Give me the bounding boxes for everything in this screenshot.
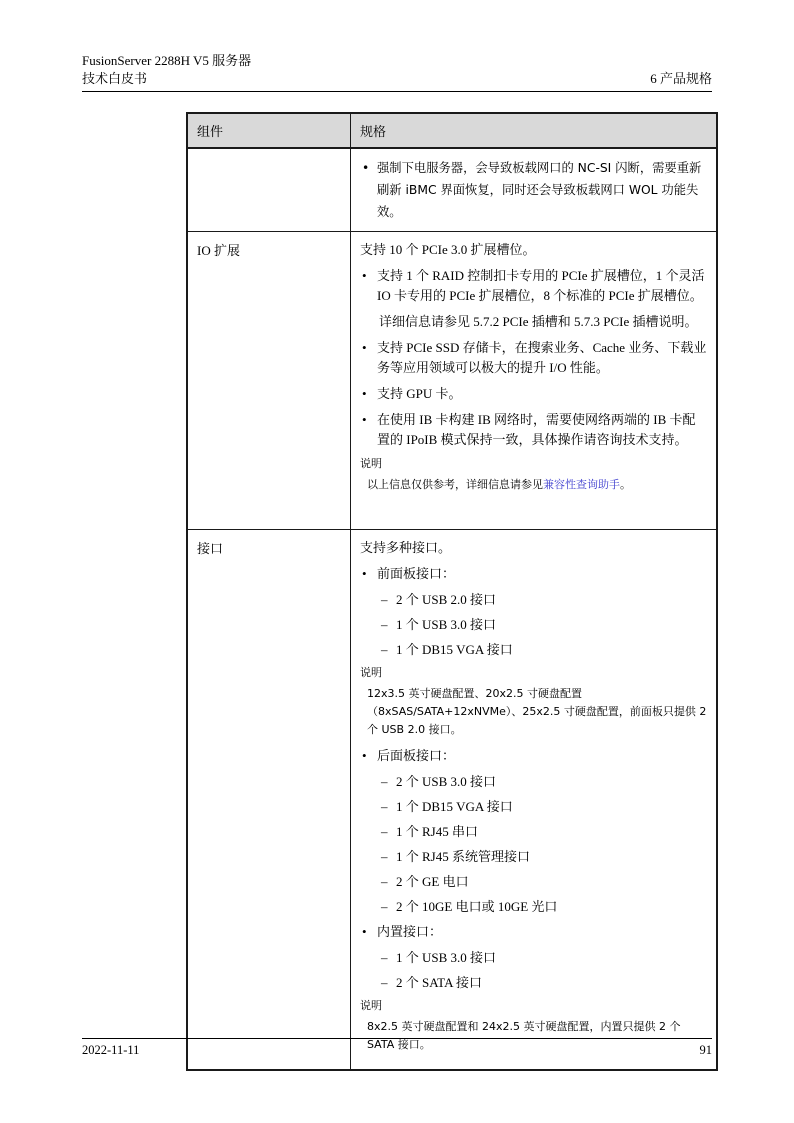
spec-dash-item: –1 个 RJ45 串口 bbox=[379, 822, 707, 842]
spec-paragraph: 支持多种接口。 bbox=[360, 538, 707, 558]
dash-icon: – bbox=[379, 640, 396, 660]
spec-dash-item: –2 个 SATA 接口 bbox=[379, 973, 707, 993]
spec-dash-item: –2 个 10GE 电口或 10GE 光口 bbox=[379, 897, 707, 917]
spec-dash-item: –2 个 GE 电口 bbox=[379, 872, 707, 892]
note-prefix: 8x2.5 英寸硬盘配置和 24x2.5 英寸硬盘配置，内置只提供 2 个 SA… bbox=[367, 1020, 680, 1051]
item-text: 1 个 USB 3.0 接口 bbox=[396, 615, 496, 635]
item-text: 2 个 10GE 电口或 10GE 光口 bbox=[396, 897, 557, 917]
item-text: 后面板接口： bbox=[377, 746, 455, 766]
item-text: 支持 GPU 卡。 bbox=[377, 384, 462, 404]
table-row: IO 扩展支持 10 个 PCIe 3.0 扩展槽位。•支持 1 个 RAID … bbox=[187, 232, 717, 530]
note-label: 说明 bbox=[360, 998, 707, 1013]
spec-bullet-item: •前面板接口： bbox=[360, 564, 707, 584]
spec-bullet-item: •后面板接口： bbox=[360, 746, 707, 766]
item-text: 1 个 USB 3.0 接口 bbox=[396, 948, 496, 968]
note-prefix: 以上信息仅供参考，详细信息请参见 bbox=[367, 478, 543, 491]
bullet-icon: • bbox=[360, 338, 377, 358]
spec-bullet-item: •强制下电服务器，会导致板载网口的 NC-SI 闪断，需要重新刷新 iBMC 界… bbox=[360, 157, 707, 223]
page-header: FusionServer 2288H V5 服务器 技术白皮书 6 产品规格 bbox=[82, 52, 712, 92]
spec-dash-item: –1 个 USB 3.0 接口 bbox=[379, 948, 707, 968]
dash-icon: – bbox=[379, 897, 396, 917]
spec-bullet-item: •支持 PCIe SSD 存储卡，在搜索业务、Cache 业务、下载业务等应用领… bbox=[360, 338, 707, 378]
item-text: 支持 1 个 RAID 控制扣卡专用的 PCIe 扩展槽位，1 个灵活 IO 卡… bbox=[377, 266, 707, 306]
header-title-block: FusionServer 2288H V5 服务器 技术白皮书 bbox=[82, 52, 712, 88]
note-suffix: 。 bbox=[620, 478, 631, 491]
dash-icon: – bbox=[379, 615, 396, 635]
spec-table-head: 组件 规格 bbox=[187, 113, 717, 148]
spec-bullet-item: •内置接口： bbox=[360, 922, 707, 942]
spec-bullet-item: •在使用 IB 卡构建 IB 网络时，需要使网络两端的 IB 卡配置的 IPoI… bbox=[360, 410, 707, 450]
spec-bullet-item: •支持 GPU 卡。 bbox=[360, 384, 707, 404]
column-header-component: 组件 bbox=[187, 113, 351, 148]
item-text: 1 个 DB15 VGA 接口 bbox=[396, 797, 513, 817]
bullet-icon: • bbox=[360, 410, 377, 430]
column-header-spec: 规格 bbox=[351, 113, 718, 148]
item-text: 2 个 SATA 接口 bbox=[396, 973, 482, 993]
item-text: 在使用 IB 卡构建 IB 网络时，需要使网络两端的 IB 卡配置的 IPoIB… bbox=[377, 410, 707, 450]
footer-page-number: 91 bbox=[700, 1043, 713, 1058]
spec-subparagraph: 详细信息请参见 5.7.2 PCIe 插槽和 5.7.3 PCIe 插槽说明。 bbox=[379, 312, 707, 332]
item-text: 内置接口： bbox=[377, 922, 442, 942]
table-header-row: 组件 规格 bbox=[187, 113, 717, 148]
dash-icon: – bbox=[379, 822, 396, 842]
spec-cell: 支持 10 个 PCIe 3.0 扩展槽位。•支持 1 个 RAID 控制扣卡专… bbox=[351, 232, 718, 530]
spec-dash-item: –1 个 DB15 VGA 接口 bbox=[379, 640, 707, 660]
component-cell bbox=[187, 148, 351, 232]
note-prefix: 12x3.5 英寸硬盘配置、20x2.5 寸硬盘配置（8xSAS/SATA+12… bbox=[367, 687, 706, 736]
dash-icon: – bbox=[379, 973, 396, 993]
note-label: 说明 bbox=[360, 665, 707, 680]
dash-icon: – bbox=[379, 847, 396, 867]
bullet-icon: • bbox=[360, 157, 377, 179]
note-text: 8x2.5 英寸硬盘配置和 24x2.5 英寸硬盘配置，内置只提供 2 个 SA… bbox=[367, 1018, 707, 1054]
spec-dash-item: –2 个 USB 2.0 接口 bbox=[379, 590, 707, 610]
bullet-icon: • bbox=[360, 266, 377, 286]
dash-icon: – bbox=[379, 948, 396, 968]
spec-table: 组件 规格 •强制下电服务器，会导致板载网口的 NC-SI 闪断，需要重新刷新 … bbox=[186, 112, 718, 1071]
spec-dash-item: –2 个 USB 3.0 接口 bbox=[379, 772, 707, 792]
table-row: 接口支持多种接口。•前面板接口：–2 个 USB 2.0 接口–1 个 USB … bbox=[187, 530, 717, 1071]
note-text: 12x3.5 英寸硬盘配置、20x2.5 寸硬盘配置（8xSAS/SATA+12… bbox=[367, 685, 707, 739]
dash-icon: – bbox=[379, 772, 396, 792]
item-text: 支持 PCIe SSD 存储卡，在搜索业务、Cache 业务、下载业务等应用领域… bbox=[377, 338, 707, 378]
spec-paragraph: 支持 10 个 PCIe 3.0 扩展槽位。 bbox=[360, 240, 707, 260]
bullet-icon: • bbox=[360, 922, 377, 942]
document-title: FusionServer 2288H V5 服务器 bbox=[82, 52, 712, 70]
chapter-label: 6 产品规格 bbox=[650, 70, 712, 88]
dash-icon: – bbox=[379, 590, 396, 610]
spec-dash-item: –1 个 RJ45 系统管理接口 bbox=[379, 847, 707, 867]
component-cell: 接口 bbox=[187, 530, 351, 1071]
table-row: •强制下电服务器，会导致板载网口的 NC-SI 闪断，需要重新刷新 iBMC 界… bbox=[187, 148, 717, 232]
item-text: 1 个 RJ45 串口 bbox=[396, 822, 478, 842]
dash-icon: – bbox=[379, 872, 396, 892]
component-cell: IO 扩展 bbox=[187, 232, 351, 530]
item-text: 2 个 USB 3.0 接口 bbox=[396, 772, 496, 792]
bullet-icon: • bbox=[360, 564, 377, 584]
document-subtitle: 技术白皮书 bbox=[82, 70, 712, 88]
spec-bullet-item: •支持 1 个 RAID 控制扣卡专用的 PCIe 扩展槽位，1 个灵活 IO … bbox=[360, 266, 707, 306]
spec-table-body: •强制下电服务器，会导致板载网口的 NC-SI 闪断，需要重新刷新 iBMC 界… bbox=[187, 148, 717, 1070]
item-text: 强制下电服务器，会导致板载网口的 NC-SI 闪断，需要重新刷新 iBMC 界面… bbox=[377, 157, 707, 223]
document-page: FusionServer 2288H V5 服务器 技术白皮书 6 产品规格 组… bbox=[0, 0, 794, 1123]
item-text: 2 个 USB 2.0 接口 bbox=[396, 590, 496, 610]
note-label: 说明 bbox=[360, 456, 707, 471]
bullet-icon: • bbox=[360, 746, 377, 766]
compatibility-checker-link[interactable]: 兼容性查询助手 bbox=[543, 478, 620, 491]
item-text: 前面板接口： bbox=[377, 564, 455, 584]
footer-date: 2022-11-11 bbox=[82, 1043, 139, 1058]
spec-dash-item: –1 个 USB 3.0 接口 bbox=[379, 615, 707, 635]
footer-divider bbox=[82, 1038, 712, 1039]
spec-cell: 支持多种接口。•前面板接口：–2 个 USB 2.0 接口–1 个 USB 3.… bbox=[351, 530, 718, 1071]
bullet-icon: • bbox=[360, 384, 377, 404]
note-text: 以上信息仅供参考，详细信息请参见兼容性查询助手。 bbox=[367, 476, 707, 494]
spec-cell: •强制下电服务器，会导致板载网口的 NC-SI 闪断，需要重新刷新 iBMC 界… bbox=[351, 148, 718, 232]
item-text: 2 个 GE 电口 bbox=[396, 872, 469, 892]
item-text: 1 个 RJ45 系统管理接口 bbox=[396, 847, 530, 867]
spec-dash-item: –1 个 DB15 VGA 接口 bbox=[379, 797, 707, 817]
dash-icon: – bbox=[379, 797, 396, 817]
item-text: 1 个 DB15 VGA 接口 bbox=[396, 640, 513, 660]
